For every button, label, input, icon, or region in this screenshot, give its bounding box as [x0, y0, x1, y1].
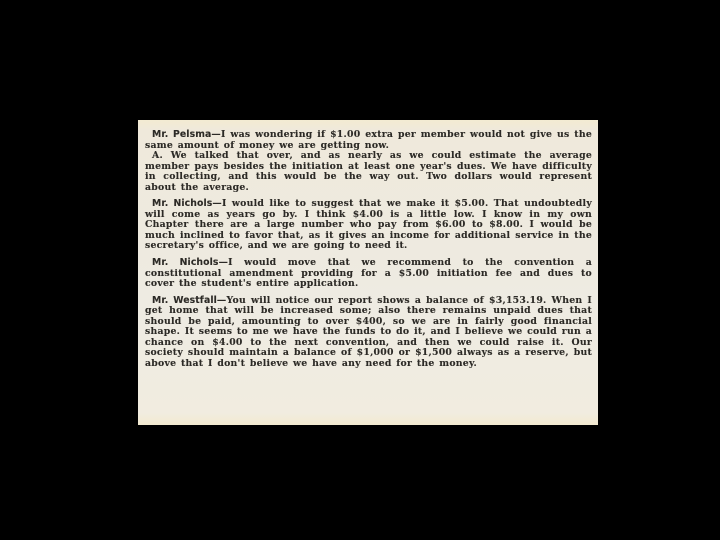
answer-label: A. — [152, 150, 163, 161]
speaker-name: Mr. Pelsma — [152, 129, 211, 140]
paragraph-nichols-2: Mr. Nichols—I would move that we recomme… — [145, 258, 592, 290]
speaker-name: Mr. Westfall — [152, 295, 217, 306]
speaker-name: Mr. Nichols — [152, 198, 212, 209]
paragraph-text: —I was wondering if $1.00 extra per memb… — [145, 129, 592, 151]
paragraph-pelsma: Mr. Pelsma—I was wondering if $1.00 extr… — [145, 130, 592, 193]
paragraph-text: —I would like to suggest that we make it… — [145, 198, 592, 251]
answer-text: We talked that over, and as nearly as we… — [145, 150, 592, 193]
scanned-page: Mr. Pelsma—I was wondering if $1.00 extr… — [138, 120, 598, 425]
paragraph-nichols-1: Mr. Nichols—I would like to suggest that… — [145, 199, 592, 252]
paragraph-westfall: Mr. Westfall—You will notice our report … — [145, 296, 592, 370]
speaker-name: Mr. Nichols — [152, 257, 219, 268]
paragraph-text: —You will notice our report shows a bala… — [145, 295, 592, 369]
